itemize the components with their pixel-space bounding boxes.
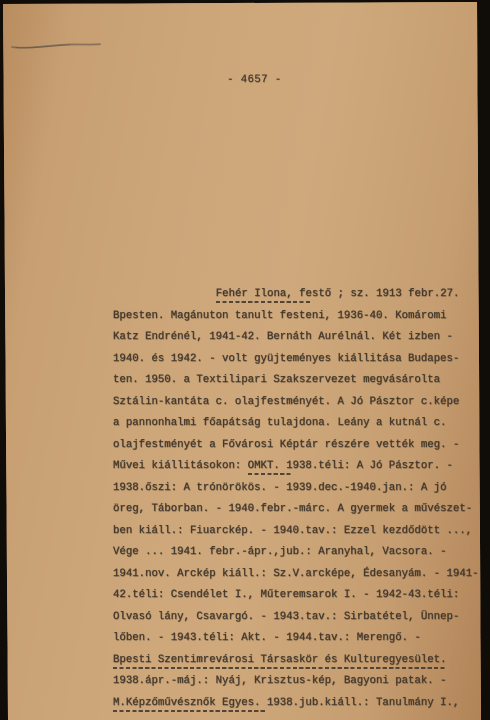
text-line-content: ten. 1950. a Textilipari Szakszervezet m… [113, 374, 440, 386]
text-line: Fehér Ilona, festő ; sz. 1913 febr.27. [113, 284, 485, 306]
text-line: lőben. - 1943.téli: Akt. - 1944.tav.: Me… [113, 628, 485, 650]
text-line-content: olajfestményét a Fővárosi Képtár részére… [113, 439, 459, 451]
text-line-content: Művei kiállitásokon: OMKT. 1938.téli: A … [113, 460, 453, 472]
text-line: Olvasó lány, Csavargó. - 1943.tav.: Sirb… [113, 607, 485, 629]
text-line-content: lőben. - 1943.téli: Akt. - 1944.tav.: Me… [113, 632, 421, 644]
text-line-content: ben kiáll.: Fiuarckép. - 1940.tav.: Ezze… [113, 525, 472, 537]
text-line-content: 1940. és 1942. - volt gyüjteményes kiáll… [113, 353, 459, 365]
text-line: Művei kiállitásokon: OMKT. 1938.téli: A … [113, 456, 485, 478]
typed-dash-underline [248, 473, 293, 475]
text-line-content: öreg, Táborban. - 1940.febr.-márc. A gye… [113, 503, 472, 515]
scanned-typewritten-page: { "page": { "page_number": "- 4657 -", "… [0, 0, 490, 720]
text-line-content: a pannonhalmi főapátság tulajdona. Leány… [113, 417, 447, 429]
text-line: Bpesti Szentimrevárosi Társaskör és Kult… [113, 650, 485, 672]
typed-dash-underline [113, 710, 267, 712]
text-line-content: 1938.ápr.-máj.: Nyáj, Krisztus-kép, Bagy… [113, 675, 447, 687]
text-line-content: 1938.őszi: A trónörökös. - 1939.dec.-194… [113, 482, 447, 494]
text-line: ten. 1950. a Textilipari Szakszervezet m… [113, 370, 485, 392]
text-line: ben kiáll.: Fiuarckép. - 1940.tav.: Ezze… [113, 521, 485, 543]
text-line: Sztálin-kantáta c. olajfestményét. A Jó … [113, 392, 485, 414]
text-line-content: Katz Endrénél, 1941-42. Bernáth Aurélnál… [113, 331, 453, 343]
text-line: M.Képzőművésznők Egyes. 1938.jub.kiáll.:… [113, 693, 485, 715]
typed-dash-underline [216, 301, 312, 303]
text-line-content: Bpesten. Magánuton tanult festeni, 1936-… [113, 310, 447, 322]
text-line-content: M.Képzőművésznők Egyes. 1938.jub.kiáll.:… [113, 697, 459, 709]
text-line-content: 42.téli: Csendélet I., Műteremsarok I. -… [113, 589, 459, 601]
text-line: Bpesten. Magánuton tanult festeni, 1936-… [113, 306, 485, 328]
page-number: - 4657 - [227, 74, 282, 86]
text-line: Katz Endrénél, 1941-42. Bernáth Aurélnál… [113, 327, 485, 349]
pencil-mark [10, 36, 110, 56]
text-line: 1938.ápr.-máj.: Nyáj, Krisztus-kép, Bagy… [113, 671, 485, 693]
text-line: 1941.nov. Arckép kiáll.: Sz.V.arcképe, É… [113, 564, 485, 586]
text-line: olajfestményét a Fővárosi Képtár részére… [113, 435, 485, 457]
typewritten-text-block: Fehér Ilona, festő ; sz. 1913 febr.27.Bp… [113, 284, 485, 714]
text-line-content: 1941.nov. Arckép kiáll.: Sz.V.arcképe, É… [113, 568, 479, 580]
text-line: a pannonhalmi főapátság tulajdona. Leány… [113, 413, 485, 435]
text-line-content: Bpesti Szentimrevárosi Társaskör és Kult… [113, 654, 447, 666]
text-line: öreg, Táborban. - 1940.febr.-márc. A gye… [113, 499, 485, 521]
text-line: 1938.őszi: A trónörökös. - 1939.dec.-194… [113, 478, 485, 500]
text-line-content: Vége ... 1941. febr.-ápr.,jub.: Aranyhal… [113, 546, 447, 558]
text-line: Vége ... 1941. febr.-ápr.,jub.: Aranyhal… [113, 542, 485, 564]
text-line-content: Sztálin-kantáta c. olajfestményét. A Jó … [113, 396, 459, 408]
text-line: 42.téli: Csendélet I., Műteremsarok I. -… [113, 585, 485, 607]
text-line-content: Olvasó lány, Csavargó. - 1943.tav.: Sirb… [113, 611, 459, 623]
typed-dash-underline [113, 667, 447, 669]
text-line: 1940. és 1942. - volt gyüjteményes kiáll… [113, 349, 485, 371]
paper-sheet: - 4657 - Fehér Ilona, festő ; sz. 1913 f… [0, 0, 490, 720]
text-line-content: Fehér Ilona, festő ; sz. 1913 febr.27. [216, 288, 460, 300]
